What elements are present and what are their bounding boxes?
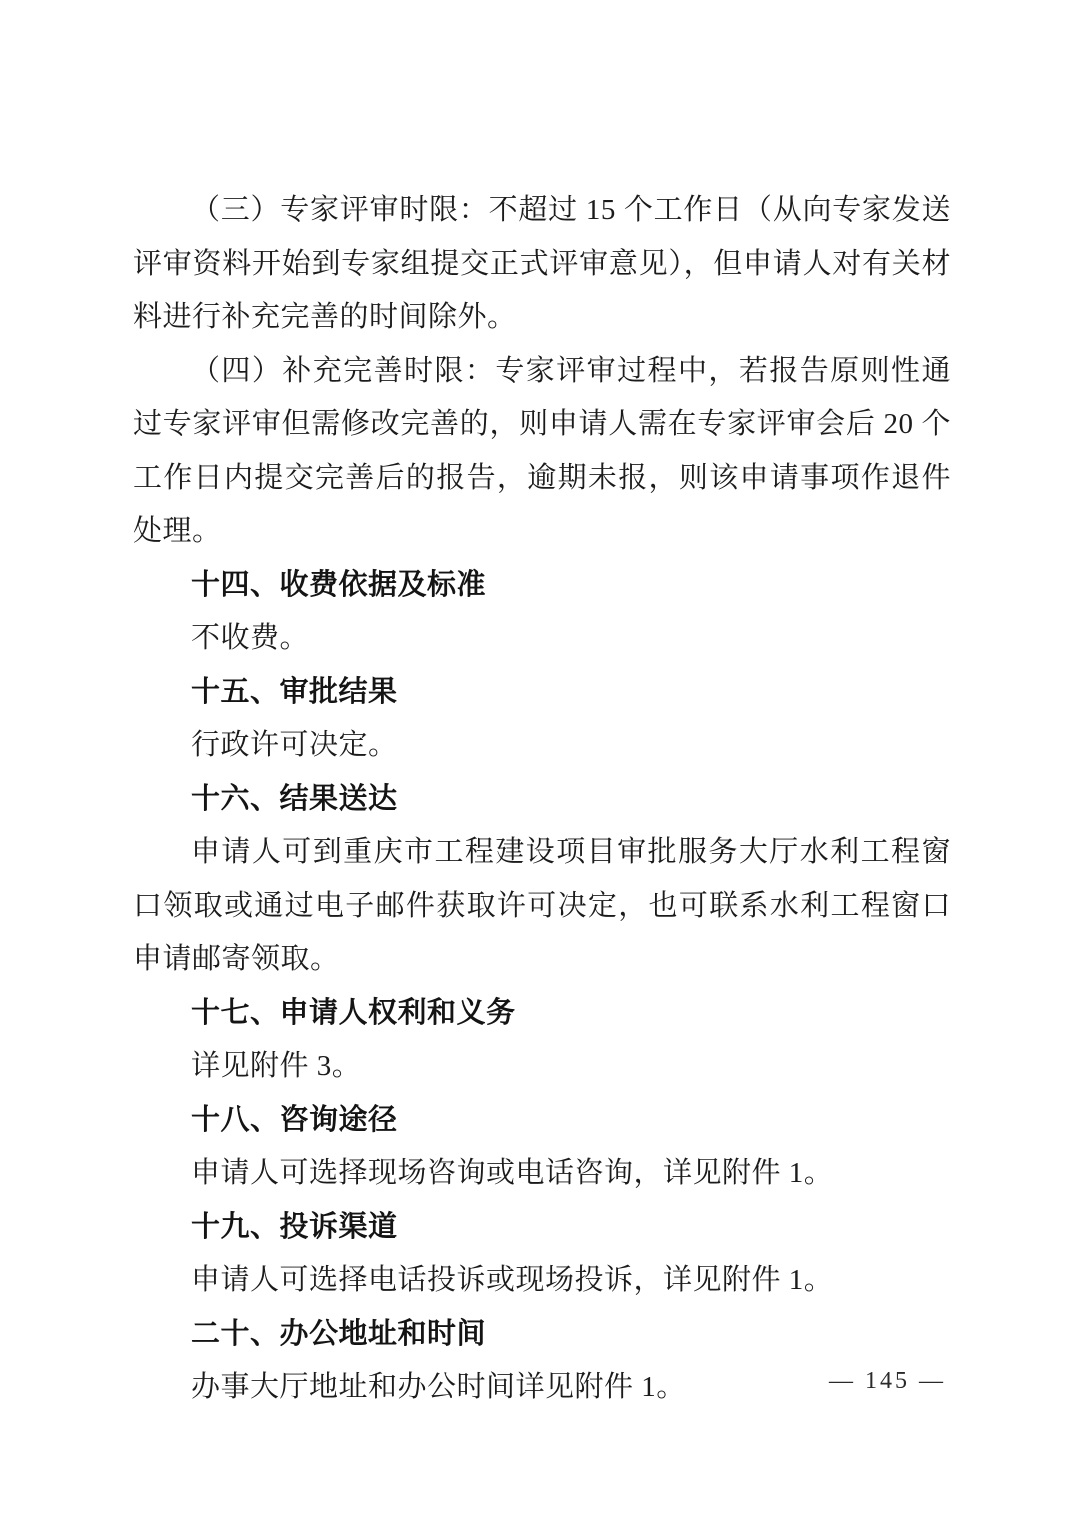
body-paragraph: 行政许可决定。: [133, 719, 951, 773]
section-heading: 十九、投诉渠道: [133, 1201, 951, 1255]
body-paragraph: 不收费。: [133, 612, 951, 666]
page-number: — 145 —: [829, 1366, 946, 1396]
body-paragraph: 详见附件 3。: [133, 1040, 951, 1094]
section-heading: 十四、收费依据及标准: [133, 559, 951, 613]
body-paragraph: （三）专家评审时限：不超过 15 个工作日（从向专家发送评审资料开始到专家组提交…: [133, 184, 951, 345]
body-paragraph: （四）补充完善时限：专家评审过程中，若报告原则性通过专家评审但需修改完善的，则申…: [133, 345, 951, 559]
document-page: （三）专家评审时限：不超过 15 个工作日（从向专家发送评审资料开始到专家组提交…: [0, 0, 1074, 1520]
body-paragraph: 申请人可选择现场咨询或电话咨询，详见附件 1。: [133, 1147, 951, 1201]
document-body: （三）专家评审时限：不超过 15 个工作日（从向专家发送评审资料开始到专家组提交…: [133, 184, 951, 1415]
body-paragraph: 申请人可到重庆市工程建设项目审批服务大厅水利工程窗口领取或通过电子邮件获取许可决…: [133, 826, 951, 987]
section-heading: 二十、办公地址和时间: [133, 1308, 951, 1362]
body-paragraph: 申请人可选择电话投诉或现场投诉，详见附件 1。: [133, 1254, 951, 1308]
section-heading: 十六、结果送达: [133, 773, 951, 827]
section-heading: 十八、咨询途径: [133, 1094, 951, 1148]
section-heading: 十七、申请人权利和义务: [133, 987, 951, 1041]
section-heading: 十五、审批结果: [133, 666, 951, 720]
